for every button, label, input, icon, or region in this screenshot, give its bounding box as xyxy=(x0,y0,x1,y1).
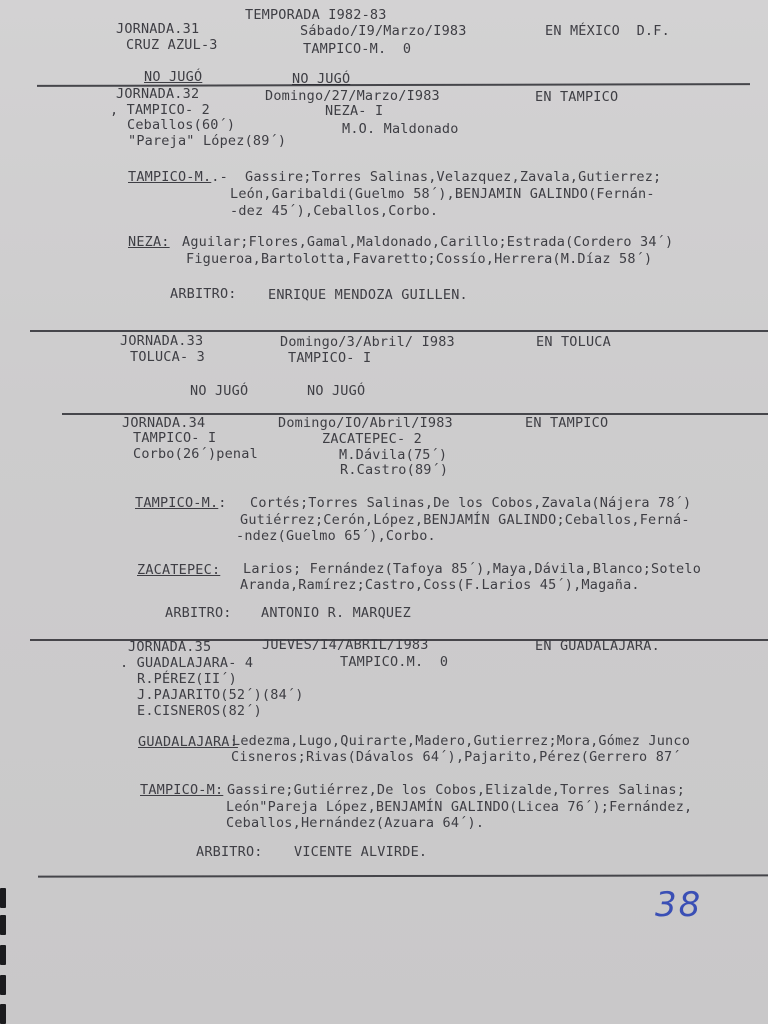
match-date: Domingo/IO/Abril/I983 xyxy=(278,416,453,431)
page-number: 38 xyxy=(655,885,702,925)
home-team-score: . GUADALAJARA- 4 xyxy=(120,656,253,671)
match-venue: EN TAMPICO xyxy=(525,416,608,431)
lineup-line: Gutiérrez;Cerón,López,BENJAMÍN GALINDO;C… xyxy=(240,513,690,528)
home-team-score: , TAMPICO- 2 xyxy=(110,103,210,118)
no-played-note: NO JUGÓ xyxy=(190,384,248,399)
away-team-score: ZACATEPEC- 2 xyxy=(322,432,422,447)
home-scorer: "Pareja" López(89´) xyxy=(128,134,286,149)
away-scorer: M.Dávila(75´) xyxy=(339,448,447,463)
lineup-line: Cortés;Torres Salinas,De los Cobos,Zaval… xyxy=(250,496,691,511)
lineup-team-label: NEZA: xyxy=(128,235,170,250)
home-scorer: E.CISNEROS(82´) xyxy=(137,704,262,719)
jornada-label: JORNADA.34 xyxy=(122,416,205,431)
lineup-line: Ceballos,Hernández(Azuara 64´). xyxy=(226,816,484,831)
lineup-line: León,Garibaldi(Guelmo 58´),BENJAMIN GALI… xyxy=(230,187,655,202)
home-team-score: TOLUCA- 3 xyxy=(130,350,205,365)
lineup-line: Aranda,Ramírez;Castro,Coss(F.Larios 45´)… xyxy=(240,578,640,593)
match-date: JUEVES/I4/ABRIL/I983 xyxy=(262,638,429,653)
binding-hole xyxy=(0,975,6,995)
away-team-score: TAMPICO- I xyxy=(288,351,371,366)
season-title: TEMPORADA I982-83 xyxy=(245,8,387,23)
lineup-line: Larios; Fernández(Tafoya 85´),Maya,Dávil… xyxy=(243,562,701,577)
lineup-line: Figueroa,Bartolotta,Favaretto;Cossío,Her… xyxy=(186,252,652,267)
lineup-team-label: GUADALAJARA: xyxy=(138,735,238,750)
home-scorer: Ceballos(60´) xyxy=(127,118,235,133)
referee-label: ARBITRO: xyxy=(196,845,263,860)
home-team-score: TAMPICO- I xyxy=(133,431,216,446)
referee-label: ARBITRO: xyxy=(165,606,232,621)
match-venue: EN MÉXICO D.F. xyxy=(545,24,670,39)
binding-hole xyxy=(0,915,6,935)
lineup-team-label: TAMPICO-M: xyxy=(140,783,223,798)
away-team-score: TAMPICO-M. 0 xyxy=(303,42,411,57)
match-venue: EN GUADALAJARA. xyxy=(535,639,660,654)
referee-label: ARBITRO: xyxy=(170,287,237,302)
binding-hole xyxy=(0,1004,6,1024)
away-scorer: M.O. Maldonado xyxy=(342,122,459,137)
jornada-label: JORNADA.35 xyxy=(128,640,211,655)
home-scorer: J.PAJARITO(52´)(84´) xyxy=(137,688,304,703)
away-scorer: R.Castro(89´) xyxy=(340,463,448,478)
lineup-line: León"Pareja López,BENJAMÍN GALINDO(Licea… xyxy=(226,800,692,815)
lineup-team-label: ZACATEPEC: xyxy=(137,563,220,578)
match-date: Domingo/27/Marzo/I983 xyxy=(265,89,440,104)
match-date: Sábado/I9/Marzo/I983 xyxy=(300,24,467,39)
section-divider xyxy=(38,874,768,877)
home-scorer: Corbo(26´)penal xyxy=(133,447,258,462)
lineup-line: Gassire;Torres Salinas,Velazquez,Zavala,… xyxy=(245,170,661,185)
lineup-line: Ledezma,Lugo,Quirarte,Madero,Gutierrez;M… xyxy=(232,734,690,749)
lineup-line: -dez 45´),Ceballos,Corbo. xyxy=(230,204,438,219)
jornada-label: JORNADA.31 xyxy=(116,22,199,37)
no-played-note: NO JUGÓ xyxy=(307,384,365,399)
section-divider xyxy=(30,330,768,332)
away-team-score: NEZA- I xyxy=(325,104,383,119)
jornada-label: JORNADA.33 xyxy=(120,334,203,349)
lineup-line: Gassire;Gutiérrez,De los Cobos,Elizalde,… xyxy=(227,783,685,798)
lineup-line: -ndez(Guelmo 65´),Corbo. xyxy=(236,529,436,544)
home-team-score: CRUZ AZUL-3 xyxy=(126,38,218,53)
jornada-label: JORNADA.32 xyxy=(116,87,199,102)
lineup-team-label: TAMPICO-M.: xyxy=(135,496,235,511)
lineup-team-label: TAMPICO-M..- xyxy=(128,170,236,185)
referee-name: ANTONIO R. MARQUEZ xyxy=(261,606,411,621)
away-team-score: TAMPICO.M. 0 xyxy=(340,655,448,670)
home-scorer: R.PÉREZ(II´) xyxy=(137,672,237,687)
binding-hole xyxy=(0,888,6,908)
binding-hole xyxy=(0,945,6,965)
match-venue: EN TAMPICO xyxy=(535,90,618,105)
referee-name: VICENTE ALVIRDE. xyxy=(294,845,427,860)
referee-name: ENRIQUE MENDOZA GUILLEN. xyxy=(268,288,468,303)
match-venue: EN TOLUCA xyxy=(536,335,611,350)
match-date: Domingo/3/Abril/ I983 xyxy=(280,335,455,350)
no-played-note: NO JUGÓ xyxy=(144,70,202,85)
lineup-line: Aguilar;Flores,Gamal,Maldonado,Carillo;E… xyxy=(182,235,673,250)
lineup-line: Cisneros;Rivas(Dávalos 64´),Pajarito,Pér… xyxy=(231,750,681,765)
